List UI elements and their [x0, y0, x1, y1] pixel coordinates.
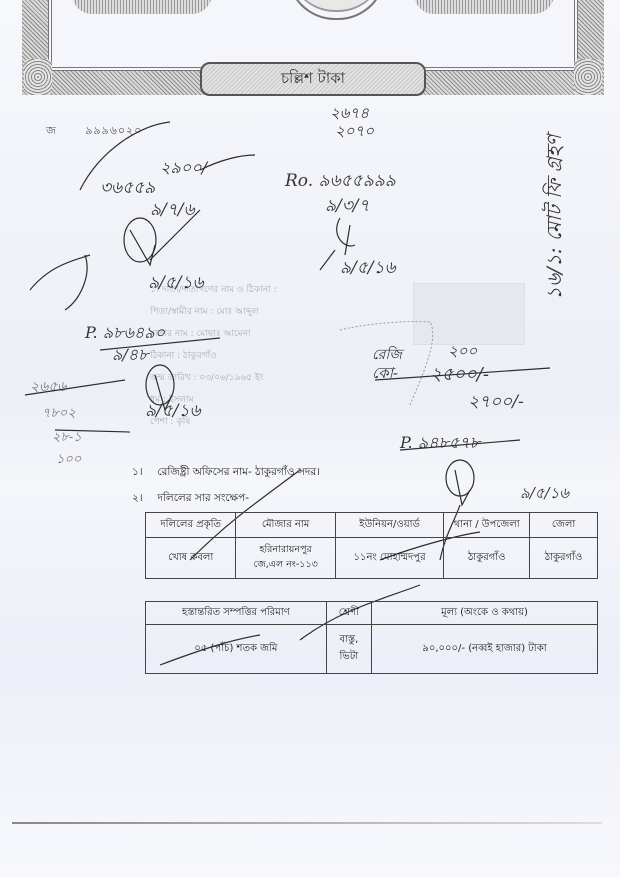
item-text: রেজিষ্ট্রী অফিসের নাম- ঠাকুরগাঁও সদর।	[157, 466, 320, 478]
item-number: ২।	[132, 491, 154, 508]
cell-class: বাস্তু, ভিটা	[326, 625, 371, 674]
cell-thana: ঠাকুরগাঁও	[444, 538, 530, 579]
item-number: ১।	[132, 465, 154, 482]
signature-scribbles	[0, 0, 620, 877]
col-header-union: ইউনিয়ন/ওয়ার্ড	[335, 513, 443, 538]
item-registry-office: ১। রেজিষ্ট্রী অফিসের নাম- ঠাকুরগাঁও সদর।	[132, 465, 320, 482]
cell-value: ৯০,০০০/- (নব্বই হাজার) টাকা	[371, 625, 597, 674]
cell-deed-type: খোষ কবলা	[146, 538, 236, 579]
item-text: দলিলের সার সংক্ষেপ-	[157, 492, 249, 504]
table-header-row: হস্তান্তরিত সম্পত্তির পরিমাণ শ্রেণী মূল্…	[146, 602, 598, 625]
col-header-thana: থানা / উপজেলা	[444, 513, 530, 538]
col-header-value: মূল্য (অংকে ও কথায়)	[371, 602, 597, 625]
cell-mouza: হরিনারায়নপুর জে,এল নং-১১৩	[236, 538, 335, 579]
col-header-mouza: মৌজার নাম	[236, 513, 335, 538]
col-header-quantity: হস্তান্তরিত সম্পত্তির পরিমাণ	[146, 602, 327, 625]
table-row: ০৫ (পাঁচ) শতক জমি বাস্তু, ভিটা ৯০,০০০/- …	[146, 625, 598, 674]
cell-union: ১১নং মোহাম্মদপুর	[335, 538, 443, 579]
cell-district: ঠাকুরগাঁও	[530, 538, 598, 579]
pen-stroke	[80, 122, 170, 190]
item-deed-summary: ২। দলিলের সার সংক্ষেপ-	[132, 491, 249, 508]
table-header-row: দলিলের প্রকৃতি মৌজার নাম ইউনিয়ন/ওয়ার্ড…	[146, 513, 598, 538]
col-header-district: জেলা	[530, 513, 598, 538]
table-row: খোষ কবলা হরিনারায়নপুর জে,এল নং-১১৩ ১১নং…	[146, 538, 598, 579]
bottom-rule-divider	[12, 822, 602, 824]
col-header-class: শ্রেণী	[326, 602, 371, 625]
deed-summary-table: দলিলের প্রকৃতি মৌজার নাম ইউনিয়ন/ওয়ার্ড…	[145, 512, 598, 579]
property-table: হস্তান্তরিত সম্পত্তির পরিমাণ শ্রেণী মূল্…	[145, 601, 598, 674]
col-header-deed-type: দলিলের প্রকৃতি	[146, 513, 236, 538]
cell-quantity: ০৫ (পাঁচ) শতক জমি	[146, 625, 327, 674]
